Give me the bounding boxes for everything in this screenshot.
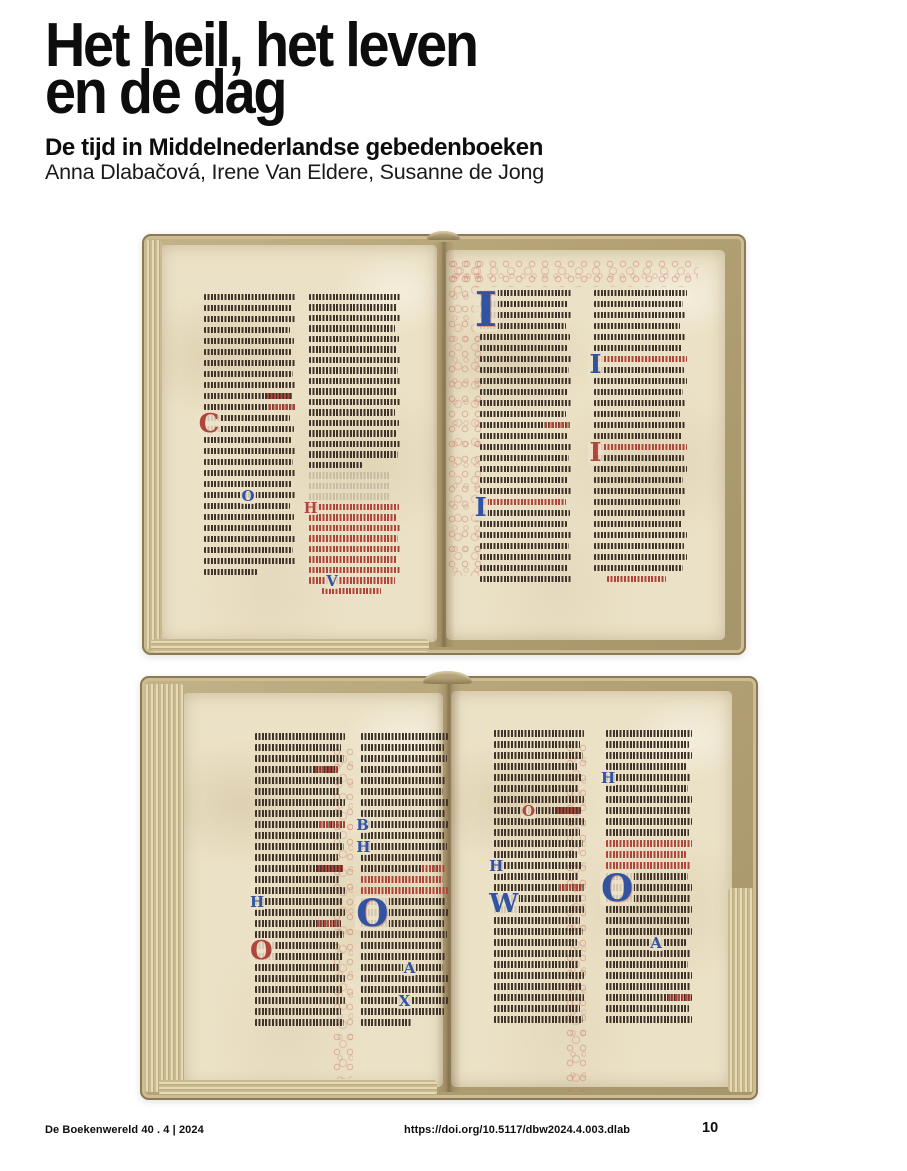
manuscript-text-line bbox=[494, 752, 583, 759]
manuscript-text-line bbox=[594, 543, 684, 550]
manuscript-text-line bbox=[309, 378, 401, 385]
manuscript-text-line bbox=[594, 532, 686, 539]
manuscript-text-line bbox=[494, 994, 584, 1001]
manuscript-text-line bbox=[255, 810, 342, 817]
manuscript-text-line bbox=[594, 356, 686, 363]
manuscript-text-line bbox=[255, 920, 341, 927]
manuscript-text-line bbox=[309, 556, 398, 563]
manuscript-text-line bbox=[606, 928, 692, 935]
manuscript-text-line bbox=[361, 854, 441, 861]
manuscript-text-line bbox=[594, 477, 683, 484]
manuscript-text-line bbox=[309, 535, 399, 542]
manuscript-text-line bbox=[606, 840, 692, 847]
manuscript-text-line bbox=[480, 576, 571, 583]
manuscript-text-line bbox=[309, 294, 401, 301]
manuscript-text-line bbox=[494, 818, 584, 825]
manuscript-text-line bbox=[255, 1008, 341, 1015]
manuscript-text-line bbox=[594, 565, 683, 572]
manuscript-text-line bbox=[606, 994, 693, 1001]
manuscript-text-line bbox=[204, 360, 296, 367]
page-edge-stack bbox=[151, 639, 429, 652]
manuscript-text-line bbox=[309, 525, 401, 532]
manuscript-text-line bbox=[494, 862, 582, 869]
manuscript-text-line bbox=[594, 499, 680, 506]
manuscript-text-line bbox=[309, 462, 363, 469]
manuscript-text-line bbox=[204, 525, 292, 532]
manuscript-text-line bbox=[494, 730, 584, 737]
manuscript-text-line bbox=[309, 472, 390, 479]
manuscript-text-line bbox=[494, 840, 583, 847]
manuscript-text-line bbox=[480, 510, 571, 517]
manuscript-text-line bbox=[255, 887, 345, 894]
manuscript-text-line bbox=[255, 898, 342, 905]
manuscript-text-line bbox=[309, 430, 397, 437]
illuminated-initial: I bbox=[474, 497, 488, 521]
manuscript-text-line bbox=[204, 382, 296, 389]
manuscript-text-line bbox=[594, 510, 685, 517]
illuminated-initial: O bbox=[241, 490, 256, 504]
manuscript-text-line bbox=[361, 799, 448, 806]
manuscript-text-line bbox=[606, 1005, 689, 1012]
manuscript-text-line bbox=[480, 411, 566, 418]
footer-doi-link[interactable]: https://doi.org/10.5117/dbw2024.4.003.dl… bbox=[404, 1124, 630, 1136]
manuscript-text-line bbox=[606, 939, 686, 946]
article-authors: Anna Dlabačová, Irene Van Eldere, Susann… bbox=[45, 160, 544, 185]
manuscript-text-line bbox=[594, 334, 685, 341]
manuscript-text-line bbox=[494, 774, 582, 781]
manuscript-text-line bbox=[309, 388, 398, 395]
manuscript-text-line bbox=[480, 521, 568, 528]
manuscript-text-line bbox=[480, 433, 568, 440]
manuscript-text-line bbox=[594, 521, 682, 528]
illuminated-initial: W bbox=[488, 893, 519, 917]
manuscript-text-column: II bbox=[480, 290, 572, 587]
illuminated-initial: O bbox=[355, 896, 389, 930]
manuscript-text-line bbox=[309, 577, 395, 584]
manuscript-text-line bbox=[309, 336, 400, 343]
manuscript-text-line bbox=[361, 777, 446, 784]
manuscript-text-line bbox=[606, 752, 692, 759]
manuscript-text-line bbox=[494, 928, 583, 935]
manuscript-text-line bbox=[594, 400, 685, 407]
manuscript-text-line bbox=[606, 829, 689, 836]
manuscript-text-line bbox=[309, 409, 395, 416]
footer-page-number: 10 bbox=[702, 1120, 718, 1136]
manuscript-text-line bbox=[480, 444, 572, 451]
manuscript-text-line bbox=[361, 788, 443, 795]
illuminated-initial: I bbox=[588, 354, 602, 378]
manuscript-text-line bbox=[494, 851, 577, 858]
manuscript-text-line bbox=[255, 821, 345, 828]
spine-bump bbox=[427, 231, 460, 240]
manuscript-text-line bbox=[361, 832, 444, 839]
manuscript-text-line bbox=[480, 532, 572, 539]
manuscript-text-line bbox=[361, 766, 441, 773]
manuscript-text-line bbox=[494, 950, 582, 957]
illuminated-initial: O bbox=[600, 871, 634, 905]
page-edge-stack bbox=[144, 684, 184, 1091]
manuscript-text-line bbox=[204, 371, 294, 378]
manuscript-text-line bbox=[494, 796, 584, 803]
manuscript-text-line bbox=[480, 356, 572, 363]
manuscript-text-line bbox=[594, 301, 683, 308]
manuscript-text-line bbox=[594, 422, 685, 429]
manuscript-text-line bbox=[606, 851, 686, 858]
manuscript-text-line bbox=[480, 466, 572, 473]
manuscript-text-line bbox=[255, 755, 344, 762]
manuscript-text-line bbox=[361, 942, 441, 949]
manuscript-text-line bbox=[309, 514, 397, 521]
manuscript-text-line bbox=[309, 441, 401, 448]
manuscript-text-line bbox=[204, 459, 294, 466]
manuscript-text-line bbox=[255, 876, 340, 883]
manuscript-text-line bbox=[255, 909, 345, 916]
illuminated-initial: X bbox=[398, 995, 412, 1009]
spine-bump bbox=[423, 671, 472, 684]
manuscript-text-line bbox=[255, 799, 345, 806]
manuscript-text-line bbox=[204, 305, 293, 312]
manuscript-text-line bbox=[606, 796, 693, 803]
manuscript-text-line bbox=[594, 290, 686, 297]
manuscript-text-column: HOA bbox=[606, 730, 693, 1027]
manuscript-text-line bbox=[255, 997, 345, 1004]
page-edge-stack bbox=[159, 1080, 437, 1095]
illuminated-initial: A bbox=[403, 962, 417, 976]
manuscript-text-line bbox=[309, 367, 399, 374]
manuscript-text-line bbox=[480, 565, 569, 572]
manuscript-text-line bbox=[361, 1019, 411, 1026]
manuscript-text-line bbox=[606, 763, 686, 770]
manuscript-text-line bbox=[255, 788, 340, 795]
footer-journal-reference: De Boekenwereld 40 . 4 | 2024 bbox=[45, 1124, 204, 1136]
manuscript-text-line bbox=[480, 499, 566, 506]
manuscript-text-line bbox=[204, 316, 295, 323]
manuscript-text-line bbox=[204, 448, 296, 455]
manuscript-text-column: BHOAX bbox=[361, 733, 448, 1030]
manuscript-text-line bbox=[494, 829, 580, 836]
manuscript-text-line bbox=[204, 569, 258, 576]
manuscript-text-line bbox=[594, 466, 686, 473]
manuscript-text-line bbox=[480, 378, 572, 385]
manuscript-text-line bbox=[480, 488, 571, 495]
manuscript-text-line bbox=[309, 483, 390, 490]
illuminated-initial: H bbox=[488, 860, 504, 874]
manuscript-text-line bbox=[606, 785, 688, 792]
manuscript-text-line bbox=[204, 558, 296, 565]
manuscript-text-line bbox=[494, 1016, 583, 1023]
manuscript-text-line bbox=[594, 554, 686, 561]
manuscript-text-line bbox=[480, 367, 570, 374]
illuminated-initial: V bbox=[325, 575, 338, 588]
manuscript-text-line bbox=[594, 411, 680, 418]
manuscript-text-line bbox=[594, 367, 684, 374]
manuscript-text-line bbox=[204, 349, 292, 356]
manuscript-text-line bbox=[309, 399, 400, 406]
manuscript-text-line bbox=[361, 744, 444, 751]
manuscript-text-line bbox=[204, 470, 296, 477]
manuscript-text-line bbox=[309, 504, 400, 511]
manuscript-text-line bbox=[204, 514, 295, 521]
manuscript-text-line bbox=[309, 315, 400, 322]
manuscript-text-line bbox=[361, 733, 448, 740]
manuscript-text-line bbox=[204, 536, 296, 543]
manuscript-text-line bbox=[480, 543, 570, 550]
manuscript-text-line bbox=[594, 455, 684, 462]
manuscript-text-line bbox=[494, 873, 579, 880]
illuminated-initial: A bbox=[649, 937, 663, 951]
manuscript-text-line bbox=[255, 986, 342, 993]
article-subtitle: De tijd in Middelnederlandse gebedenboek… bbox=[45, 134, 543, 162]
manuscript-text-line bbox=[255, 733, 345, 740]
manuscript-text-line bbox=[309, 346, 397, 353]
manuscript-text-column: II bbox=[594, 290, 686, 587]
illuminated-initial: C bbox=[198, 413, 221, 437]
manuscript-text-line bbox=[606, 917, 689, 924]
illuminated-initial: O bbox=[249, 940, 274, 964]
manuscript-text-column: HO bbox=[255, 733, 345, 1030]
manuscript-text-line bbox=[594, 323, 680, 330]
manuscript-text-line bbox=[361, 821, 448, 828]
manuscript-text-line bbox=[594, 312, 685, 319]
manuscript-text-line bbox=[494, 785, 579, 792]
illuminated-initial: I bbox=[588, 442, 602, 466]
manuscript-text-line bbox=[204, 338, 295, 345]
manuscript-text-line bbox=[255, 744, 341, 751]
illuminated-initial: H bbox=[249, 896, 265, 910]
manuscript-text-line bbox=[606, 1016, 692, 1023]
manuscript-text-line bbox=[606, 961, 688, 968]
article-title: Het heil, het leven en de dag bbox=[45, 22, 477, 116]
manuscript-text-line bbox=[361, 843, 447, 850]
manuscript-text-column: OHW bbox=[494, 730, 584, 1027]
manuscript-text-line bbox=[480, 345, 568, 352]
illuminated-initial: I bbox=[474, 288, 498, 332]
manuscript-text-line bbox=[606, 818, 693, 825]
manuscript-text-line bbox=[494, 939, 577, 946]
manuscript-text-column: CO bbox=[204, 294, 296, 580]
manuscript-text-line bbox=[361, 755, 447, 762]
figure-manuscript-spread-top: COHVIIII bbox=[142, 234, 746, 655]
manuscript-text-line bbox=[606, 983, 690, 990]
manuscript-text-line bbox=[606, 807, 690, 814]
manuscript-text-line bbox=[255, 777, 343, 784]
manuscript-text-line bbox=[494, 972, 584, 979]
manuscript-text-line bbox=[255, 832, 341, 839]
manuscript-text-line bbox=[594, 488, 685, 495]
manuscript-text-line bbox=[606, 741, 689, 748]
article-page: Het heil, het leven en de dag De tijd in… bbox=[0, 0, 907, 1171]
manuscript-text-line bbox=[255, 843, 344, 850]
manuscript-text-line bbox=[606, 730, 693, 737]
manuscript-text-line bbox=[255, 766, 338, 773]
manuscript-text-line bbox=[309, 325, 395, 332]
figure-manuscript-spread-bottom: HOBHOAXOHWHOA bbox=[140, 676, 758, 1100]
manuscript-text-line bbox=[606, 950, 691, 957]
manuscript-text-line bbox=[594, 378, 686, 385]
manuscript-text-line bbox=[255, 1019, 344, 1026]
manuscript-text-line bbox=[361, 876, 443, 883]
manuscript-text-line bbox=[494, 807, 581, 814]
manuscript-text-line bbox=[204, 294, 296, 301]
manuscript-text-line bbox=[594, 389, 683, 396]
manuscript-text-line bbox=[480, 400, 571, 407]
illuminated-initial: H bbox=[303, 502, 319, 515]
illuminated-initial: H bbox=[355, 841, 371, 855]
manuscript-text-line bbox=[309, 304, 398, 311]
page-edge-stack bbox=[145, 240, 162, 648]
manuscript-text-line bbox=[607, 576, 666, 583]
manuscript-text-line bbox=[594, 433, 682, 440]
manuscript-text-line bbox=[480, 477, 569, 484]
manuscript-text-line bbox=[480, 422, 571, 429]
manuscript-text-line bbox=[594, 345, 682, 352]
manuscript-text-line bbox=[606, 972, 693, 979]
illuminated-initial: O bbox=[521, 805, 536, 819]
manuscript-text-line bbox=[255, 975, 345, 982]
manuscript-text-line bbox=[309, 567, 400, 574]
manuscript-text-line bbox=[255, 865, 343, 872]
manuscript-text-line bbox=[309, 451, 399, 458]
page-edge-stack bbox=[728, 888, 754, 1092]
manuscript-text-line bbox=[494, 741, 580, 748]
manuscript-text-line bbox=[204, 393, 293, 400]
manuscript-text-line bbox=[204, 327, 290, 334]
manuscript-text-line bbox=[361, 810, 445, 817]
manuscript-text-line bbox=[309, 493, 390, 500]
manuscript-text-line bbox=[309, 420, 400, 427]
manuscript-text-line bbox=[309, 357, 401, 364]
illuminated-initial: H bbox=[600, 772, 616, 786]
manuscript-text-line bbox=[594, 444, 686, 451]
manuscript-text-line bbox=[480, 554, 572, 561]
manuscript-text-line bbox=[494, 763, 577, 770]
illuminated-initial: B bbox=[355, 819, 370, 833]
manuscript-text-line bbox=[361, 865, 446, 872]
manuscript-text-line bbox=[494, 1005, 580, 1012]
manuscript-text-line bbox=[204, 547, 294, 554]
manuscript-text-column: HV bbox=[309, 294, 401, 599]
manuscript-text-line bbox=[494, 983, 581, 990]
manuscript-text-line bbox=[480, 389, 569, 396]
manuscript-text-line bbox=[309, 546, 401, 553]
manuscript-text-line bbox=[480, 455, 570, 462]
manuscript-text-line bbox=[255, 854, 338, 861]
manuscript-text-line bbox=[606, 774, 691, 781]
manuscript-text-line bbox=[494, 961, 579, 968]
